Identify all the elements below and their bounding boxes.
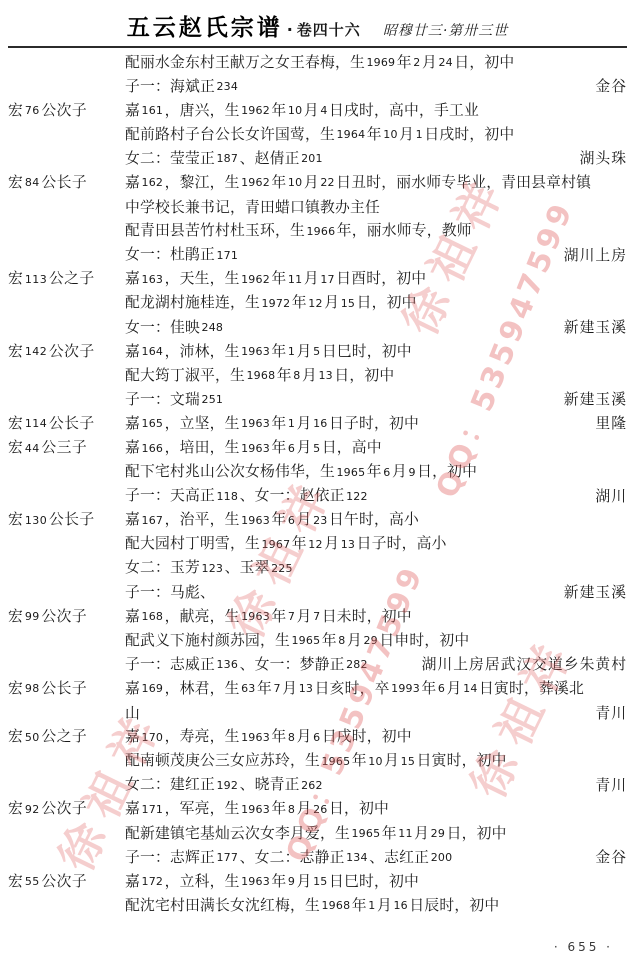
entry-text: 嘉165，立坚，生1963年1月16日子时，初中 bbox=[125, 412, 587, 437]
genealogy-row: 宏44公三子 嘉166，培田，生1963年6月5日，高中 bbox=[8, 437, 627, 461]
entry-text: 子一：志威正136、女一：梦静正282 bbox=[125, 653, 414, 678]
branch-annotation: 新建玉溪 bbox=[564, 388, 627, 412]
genealogy-row: 配大筠丁淑平，生1968年8月13日，初中 bbox=[8, 364, 627, 388]
entry-text: 嘉166，培田，生1963年6月5日，高中 bbox=[125, 436, 619, 461]
genealogy-row: 中学校长兼书记，青田蜡口镇教办主任 bbox=[8, 196, 627, 220]
entry-text: 配大园村丁明雪，生1967年12月13日子时，高小 bbox=[125, 532, 619, 557]
page-number: · 655 · bbox=[554, 940, 613, 954]
entry-text: 嘉162，黎江，生1962年10月22日丑时，丽水师专毕业，青田县章村镇 bbox=[125, 171, 619, 196]
entry-text: 嘉169，林君，生63年7月13日亥时，卒1993年6月14日寅时，葬溪北 bbox=[125, 677, 619, 702]
genealogy-row: 宏76公次子 嘉161，唐兴，生1962年10月4日戌时，高中，手工业 bbox=[8, 99, 627, 123]
generation-label: 宏84公长子 bbox=[8, 171, 125, 196]
genealogy-row: 配新建镇宅基灿云次女李月爱，生1965年11月29日，初中 bbox=[8, 822, 627, 846]
genealogy-row: 女二：莹莹正187、赵倩正201 湖头珠 bbox=[8, 147, 627, 171]
genealogy-row: 子一：天高正118、女一：赵依正122 湖川 bbox=[8, 485, 627, 509]
entry-text: 山 bbox=[125, 702, 587, 726]
genealogy-row: 宏99公次子 嘉168，献亮，生1963年7月7日未时，初中 bbox=[8, 605, 627, 629]
genealogy-row: 宏113公之子 嘉163，天生，生1962年11月17日酉时，初中 bbox=[8, 268, 627, 292]
entry-text: 女二：莹莹正187、赵倩正201 bbox=[125, 147, 572, 172]
genealogy-row: 配龙湖村施桂连，生1972年12月15日，初中 bbox=[8, 292, 627, 316]
genealogy-row: 宏142公次子 嘉164，沛林，生1963年1月5日巳时，初中 bbox=[8, 340, 627, 364]
generation-label: 宏55公次子 bbox=[8, 870, 125, 895]
genealogy-row: 子一：海斌正234 金谷 bbox=[8, 75, 627, 99]
generation-label: 宏130公长子 bbox=[8, 508, 125, 533]
genealogy-row: 子一：志威正136、女一：梦静正282 湖川上房居武汉交道乡朱黄村 bbox=[8, 653, 627, 677]
entry-text: 子一：海斌正234 bbox=[125, 75, 587, 100]
genealogy-row: 配下宅村兆山公次女杨伟华，生1965年6月9日，初中 bbox=[8, 461, 627, 485]
genealogy-row: 宏84公长子 嘉162，黎江，生1962年10月22日丑时，丽水师专毕业，青田县… bbox=[8, 171, 627, 195]
genealogy-row: 配南顿茂庚公三女应苏玲，生1965年10月15日寅时，初中 bbox=[8, 750, 627, 774]
header-divider bbox=[8, 46, 627, 48]
entry-text: 配沈宅村田满长女沈红梅，生1968年1月16日辰时，初中 bbox=[125, 894, 619, 919]
genealogy-row: 女一：杜鹃正171 湖川上房 bbox=[8, 244, 627, 268]
genealogy-row: 宏92公次子 嘉171，军亮，生1963年8月26日，初中 bbox=[8, 798, 627, 822]
branch-annotation: 里隆 bbox=[595, 412, 627, 436]
generation-label: 宏114公长子 bbox=[8, 412, 125, 437]
entry-text: 配丽水金东村王献万之女王春梅，生1969年2月24日，初中 bbox=[125, 51, 619, 76]
branch-annotation: 青川 bbox=[595, 702, 627, 726]
generation-label: 宏99公次子 bbox=[8, 605, 125, 630]
generation-label: 宏98公长子 bbox=[8, 677, 125, 702]
title-separator-dot: · bbox=[287, 20, 293, 39]
genealogy-row: 配前路村子台公长女许国莺，生1964年10月1日戌时，初中 bbox=[8, 123, 627, 147]
entry-text: 配青田县苦竹村杜玉环，生1966年，丽水师专，教师 bbox=[125, 219, 619, 244]
rows-container: 配丽水金东村王献万之女王春梅，生1969年2月24日，初中 子一：海斌正234 … bbox=[8, 51, 627, 918]
entry-text: 配下宅村兆山公次女杨伟华，生1965年6月9日，初中 bbox=[125, 460, 619, 485]
entry-text: 嘉161，唐兴，生1962年10月4日戌时，高中，手工业 bbox=[125, 99, 619, 124]
entry-text: 嘉170，寿亮，生1963年8月6日戌时，初中 bbox=[125, 725, 619, 750]
entry-text: 嘉171，军亮，生1963年8月26日，初中 bbox=[125, 797, 619, 822]
branch-annotation: 青川 bbox=[595, 774, 627, 798]
generation-label: 宏113公之子 bbox=[8, 267, 125, 292]
generation-label: 宏142公次子 bbox=[8, 340, 125, 365]
entry-text: 嘉172，立科，生1963年9月15日巳时，初中 bbox=[125, 870, 619, 895]
branch-annotation: 湖川上房 bbox=[564, 244, 627, 268]
entry-text: 女一：佳映248 bbox=[125, 316, 556, 341]
entry-text: 配新建镇宅基灿云次女李月爱，生1965年11月29日，初中 bbox=[125, 822, 619, 847]
entry-text: 嘉164，沛林，生1963年1月5日巳时，初中 bbox=[125, 340, 619, 365]
genealogy-row: 女二：玉芳123、玉翠225 bbox=[8, 557, 627, 581]
branch-annotation: 金谷 bbox=[595, 846, 627, 870]
entry-text: 配南顿茂庚公三女应苏玲，生1965年10月15日寅时，初中 bbox=[125, 749, 619, 774]
entry-text: 配大筠丁淑平，生1968年8月13日，初中 bbox=[125, 364, 619, 389]
generation-label: 宏44公三子 bbox=[8, 436, 125, 461]
branch-annotation: 湖川 bbox=[595, 485, 627, 509]
branch-annotation: 湖头珠 bbox=[580, 147, 627, 171]
genealogy-row: 宏98公长子 嘉169，林君，生63年7月13日亥时，卒1993年6月14日寅时… bbox=[8, 677, 627, 701]
genealogy-row: 女一：佳映248 新建玉溪 bbox=[8, 316, 627, 340]
entry-text: 子一：天高正118、女一：赵依正122 bbox=[125, 484, 587, 509]
book-title: 五云赵氏宗谱 bbox=[127, 9, 283, 42]
generation-label: 宏50公之子 bbox=[8, 725, 125, 750]
genealogy-row: 宏130公长子 嘉167，治平，生1963年6月23日午时，高小 bbox=[8, 509, 627, 533]
genealogy-row: 子一：文瑞251 新建玉溪 bbox=[8, 388, 627, 412]
entry-text: 子一：马彪、 bbox=[125, 581, 556, 605]
genealogy-row: 配沈宅村田满长女沈红梅，生1968年1月16日辰时，初中 bbox=[8, 894, 627, 918]
volume-label: 卷四十六 bbox=[297, 19, 361, 40]
entry-text: 子一：文瑞251 bbox=[125, 388, 556, 413]
branch-annotation: 金谷 bbox=[595, 75, 627, 99]
entry-text: 嘉163，天生，生1962年11月17日酉时，初中 bbox=[125, 267, 619, 292]
entry-text: 配龙湖村施桂连，生1972年12月15日，初中 bbox=[125, 291, 619, 316]
genealogy-row: 女二：建红正192、晓青正262 青川 bbox=[8, 774, 627, 798]
entry-text: 子一：志辉正177、女二：志静正134、志红正200 bbox=[125, 846, 587, 871]
entry-text: 配武义下施村颜苏园，生1965年8月29日申时，初中 bbox=[125, 629, 619, 654]
entry-text: 女二：玉芳123、玉翠225 bbox=[125, 556, 619, 581]
page-header: 五云赵氏宗谱 · 卷四十六 昭穆廿三·第卅三世 bbox=[0, 9, 635, 42]
branch-annotation: 湖川上房居武汉交道乡朱黄村 bbox=[422, 653, 627, 677]
generation-subtitle: 昭穆廿三·第卅三世 bbox=[383, 20, 508, 40]
entry-text: 配前路村子台公长女许国莺，生1964年10月1日戌时，初中 bbox=[125, 123, 619, 148]
genealogy-row: 宏50公之子 嘉170，寿亮，生1963年8月6日戌时，初中 bbox=[8, 726, 627, 750]
genealogy-row: 配武义下施村颜苏园，生1965年8月29日申时，初中 bbox=[8, 629, 627, 653]
entry-text: 嘉168，献亮，生1963年7月7日未时，初中 bbox=[125, 605, 619, 630]
genealogy-row: 宏55公次子 嘉172，立科，生1963年9月15日巳时，初中 bbox=[8, 870, 627, 894]
entry-text: 女二：建红正192、晓青正262 bbox=[125, 773, 587, 798]
entry-text: 中学校长兼书记，青田蜡口镇教办主任 bbox=[125, 196, 619, 220]
entry-text: 女一：杜鹃正171 bbox=[125, 243, 556, 268]
branch-annotation: 新建玉溪 bbox=[564, 316, 627, 340]
genealogy-row: 宏114公长子 嘉165，立坚，生1963年1月16日子时，初中 里隆 bbox=[8, 412, 627, 436]
branch-annotation: 新建玉溪 bbox=[564, 581, 627, 605]
genealogy-row: 配丽水金东村王献万之女王春梅，生1969年2月24日，初中 bbox=[8, 51, 627, 75]
genealogy-row: 山 青川 bbox=[8, 702, 627, 726]
genealogy-row: 子一：志辉正177、女二：志静正134、志红正200 金谷 bbox=[8, 846, 627, 870]
genealogy-row: 配青田县苦竹村杜玉环，生1966年，丽水师专，教师 bbox=[8, 220, 627, 244]
entry-text: 嘉167，治平，生1963年6月23日午时，高小 bbox=[125, 508, 619, 533]
generation-label: 宏76公次子 bbox=[8, 99, 125, 124]
genealogy-row: 配大园村丁明雪，生1967年12月13日子时，高小 bbox=[8, 533, 627, 557]
generation-label: 宏92公次子 bbox=[8, 797, 125, 822]
genealogy-page: 五云赵氏宗谱 · 卷四十六 昭穆廿三·第卅三世 配丽水金东村王献万之女王春梅，生… bbox=[0, 0, 635, 968]
genealogy-row: 子一：马彪、 新建玉溪 bbox=[8, 581, 627, 605]
